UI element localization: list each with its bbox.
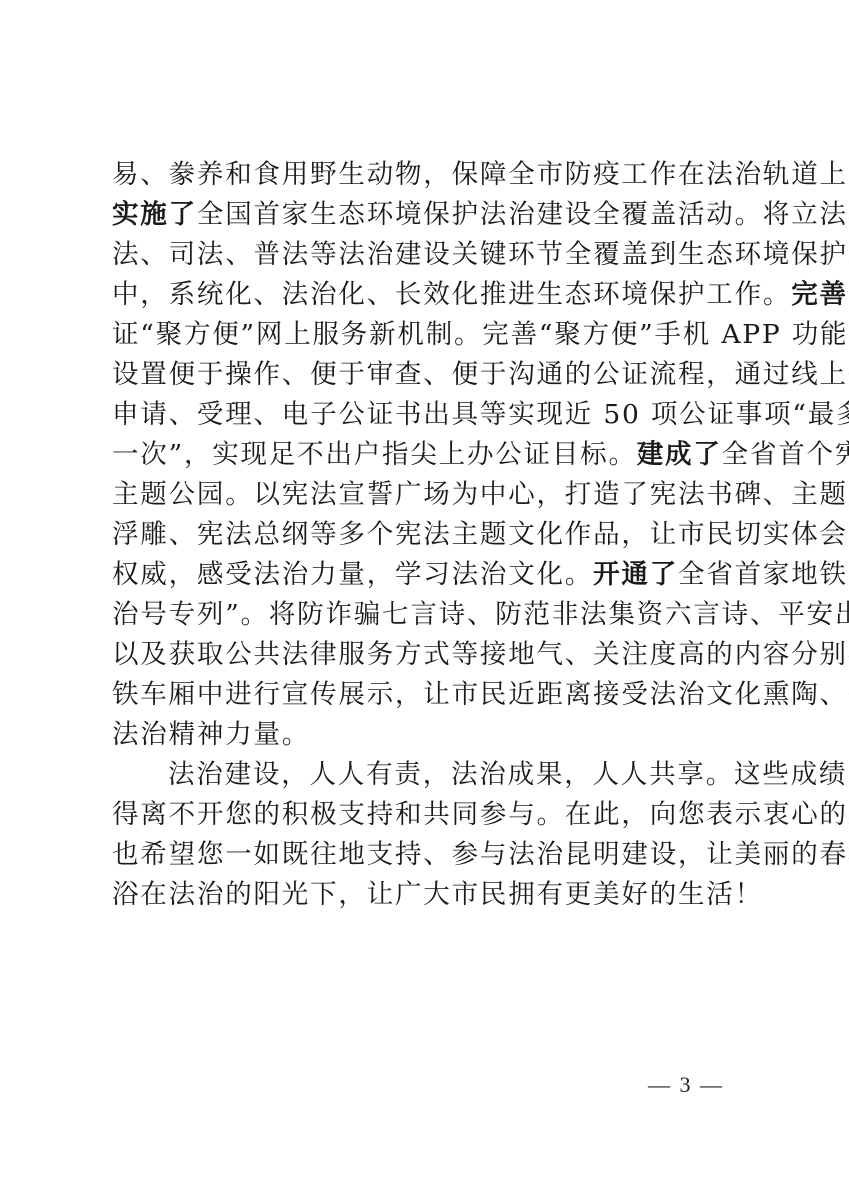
document-page: 易、豢养和食用野生动物，保障全市防疫工作在法治轨道上运行。实施了全国首家生态环境… — [0, 0, 849, 1200]
text-line: 也希望您一如既往地支持、参与法治昆明建设，让美丽的春城沐 — [112, 835, 738, 875]
text-line: 法治建设，人人有责，法治成果，人人共享。这些成绩的取 — [112, 755, 738, 795]
bold-keyword: 完善了 — [791, 279, 849, 310]
text-line: 法治精神力量。 — [112, 715, 738, 755]
text-segment: 申请、受理、电子公证书出具等实现近 50 项公证事项“最多跑 — [112, 399, 849, 430]
text-line: 治号专列”。将防诈骗七言诗、防范非法集资六言诗、平安出行 — [112, 595, 738, 635]
text-line: 一次”，实现足不出户指尖上办公证目标。建成了全省首个宪法 — [112, 435, 738, 475]
text-segment: 治号专列”。将防诈骗七言诗、防范非法集资六言诗、平安出行 — [112, 599, 849, 630]
text-line: 实施了全国首家生态环境保护法治建设全覆盖活动。将立法、执 — [112, 195, 738, 235]
bold-keyword: 实施了 — [112, 199, 197, 230]
text-segment: 一次”，实现足不出户指尖上办公证目标。 — [112, 439, 637, 470]
text-segment: 全省首个宪法 — [722, 439, 849, 470]
bold-keyword: 建成了 — [637, 439, 722, 470]
text-segment: 易、豢养和食用野生动物，保障全市防疫工作在法治轨道上运行。 — [112, 159, 849, 190]
text-segment: 中，系统化、法治化、长效化推进生态环境保护工作。 — [112, 279, 791, 310]
text-segment: 权威，感受法治力量，学习法治文化。 — [112, 559, 593, 590]
text-line: 浴在法治的阳光下，让广大市民拥有更美好的生活！ — [112, 875, 738, 915]
paragraph: 易、豢养和食用野生动物，保障全市防疫工作在法治轨道上运行。实施了全国首家生态环境… — [112, 155, 738, 755]
text-line: 设置便于操作、便于审查、便于沟通的公证流程，通过线上公证 — [112, 355, 738, 395]
text-segment: 得离不开您的积极支持和共同参与。在此，向您表示衷心的感谢！ — [112, 799, 849, 830]
bold-keyword: 开通了 — [593, 559, 678, 590]
text-segment: 全国首家生态环境保护法治建设全覆盖活动。将立法、执 — [197, 199, 849, 230]
text-segment: 法治建设，人人有责，法治成果，人人共享。这些成绩的取 — [168, 759, 849, 790]
text-line: 得离不开您的积极支持和共同参与。在此，向您表示衷心的感谢！ — [112, 795, 738, 835]
text-segment: 法、司法、普法等法治建设关键环节全覆盖到生态环境保护工作 — [112, 239, 849, 270]
text-segment: 设置便于操作、便于审查、便于沟通的公证流程，通过线上公证 — [112, 359, 849, 390]
body-text: 易、豢养和食用野生动物，保障全市防疫工作在法治轨道上运行。实施了全国首家生态环境… — [112, 155, 738, 915]
text-segment: 浮雕、宪法总纲等多个宪法主题文化作品，让市民切实体会宪法 — [112, 519, 849, 550]
text-segment: 全省首家地铁“法 — [678, 559, 849, 590]
text-line: 主题公园。以宪法宣誓广场为中心，打造了宪法书碑、主题文化 — [112, 475, 738, 515]
text-segment: 法治精神力量。 — [112, 719, 310, 750]
text-line: 以及获取公共法律服务方式等接地气、关注度高的内容分别在地 — [112, 635, 738, 675]
text-segment: 铁车厢中进行宣传展示，让市民近距离接受法治文化熏陶、体会 — [112, 679, 849, 710]
text-line: 浮雕、宪法总纲等多个宪法主题文化作品，让市民切实体会宪法 — [112, 515, 738, 555]
text-segment: 浴在法治的阳光下，让广大市民拥有更美好的生活！ — [112, 879, 763, 910]
text-line: 证“聚方便”网上服务新机制。完善“聚方便”手机 APP 功能， — [112, 315, 738, 355]
paragraph: 法治建设，人人有责，法治成果，人人共享。这些成绩的取得离不开您的积极支持和共同参… — [112, 755, 738, 915]
text-line: 法、司法、普法等法治建设关键环节全覆盖到生态环境保护工作 — [112, 235, 738, 275]
text-line: 权威，感受法治力量，学习法治文化。开通了全省首家地铁“法 — [112, 555, 738, 595]
text-segment: 以及获取公共法律服务方式等接地气、关注度高的内容分别在地 — [112, 639, 849, 670]
text-segment: 证“聚方便”网上服务新机制。完善“聚方便”手机 APP 功能， — [112, 319, 849, 350]
text-line: 中，系统化、法治化、长效化推进生态环境保护工作。完善了公 — [112, 275, 738, 315]
text-segment: 也希望您一如既往地支持、参与法治昆明建设，让美丽的春城沐 — [112, 839, 849, 870]
text-segment: 主题公园。以宪法宣誓广场为中心，打造了宪法书碑、主题文化 — [112, 479, 849, 510]
text-line: 申请、受理、电子公证书出具等实现近 50 项公证事项“最多跑 — [112, 395, 738, 435]
page-number: — 3 — — [648, 1072, 724, 1098]
text-line: 铁车厢中进行宣传展示，让市民近距离接受法治文化熏陶、体会 — [112, 675, 738, 715]
text-line: 易、豢养和食用野生动物，保障全市防疫工作在法治轨道上运行。 — [112, 155, 738, 195]
